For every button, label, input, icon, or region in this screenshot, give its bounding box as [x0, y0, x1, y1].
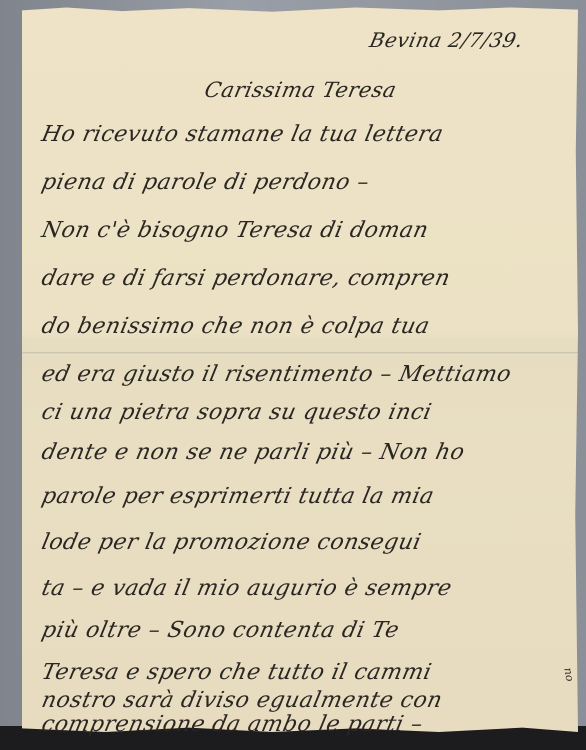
letter-line: Ho ricevuto stamane la tua lettera	[39, 122, 445, 147]
letter-line: nostro sarà diviso egualmente con	[39, 688, 444, 713]
letter-line: lode per la promozione consegui	[39, 530, 423, 555]
letter-line: ci una pietra sopra su questo inci	[39, 400, 434, 425]
paper-fold-crease	[22, 352, 578, 355]
letter-line: parole per esprimerti tutta la mia	[39, 484, 436, 509]
letter-line: dare e di farsi perdonare, compren	[39, 266, 452, 291]
letter-line: do benissimo che non è colpa tua	[39, 314, 432, 339]
margin-continuation: no	[561, 667, 576, 683]
letter-place-date: Bevina 2/7/39.	[367, 28, 525, 52]
letter-salutation: Carissima Teresa	[202, 78, 398, 102]
letter-line: piena di parole di perdono –	[39, 170, 371, 195]
letter-line: più oltre – Sono contenta di Te	[39, 618, 401, 643]
letter-line: comprensione da ambo le parti –	[39, 712, 425, 737]
letter-line: dente e non se ne parli più – Non ho	[39, 440, 467, 465]
letter-line: Non c'è bisogno Teresa di doman	[39, 218, 431, 243]
letter-line: ed era giusto il risentimento – Mettiamo	[39, 362, 513, 387]
letter-line: ta – e vada il mio augurio è sempre	[39, 576, 454, 601]
letter-line: Teresa e spero che tutto il cammi	[39, 660, 434, 685]
